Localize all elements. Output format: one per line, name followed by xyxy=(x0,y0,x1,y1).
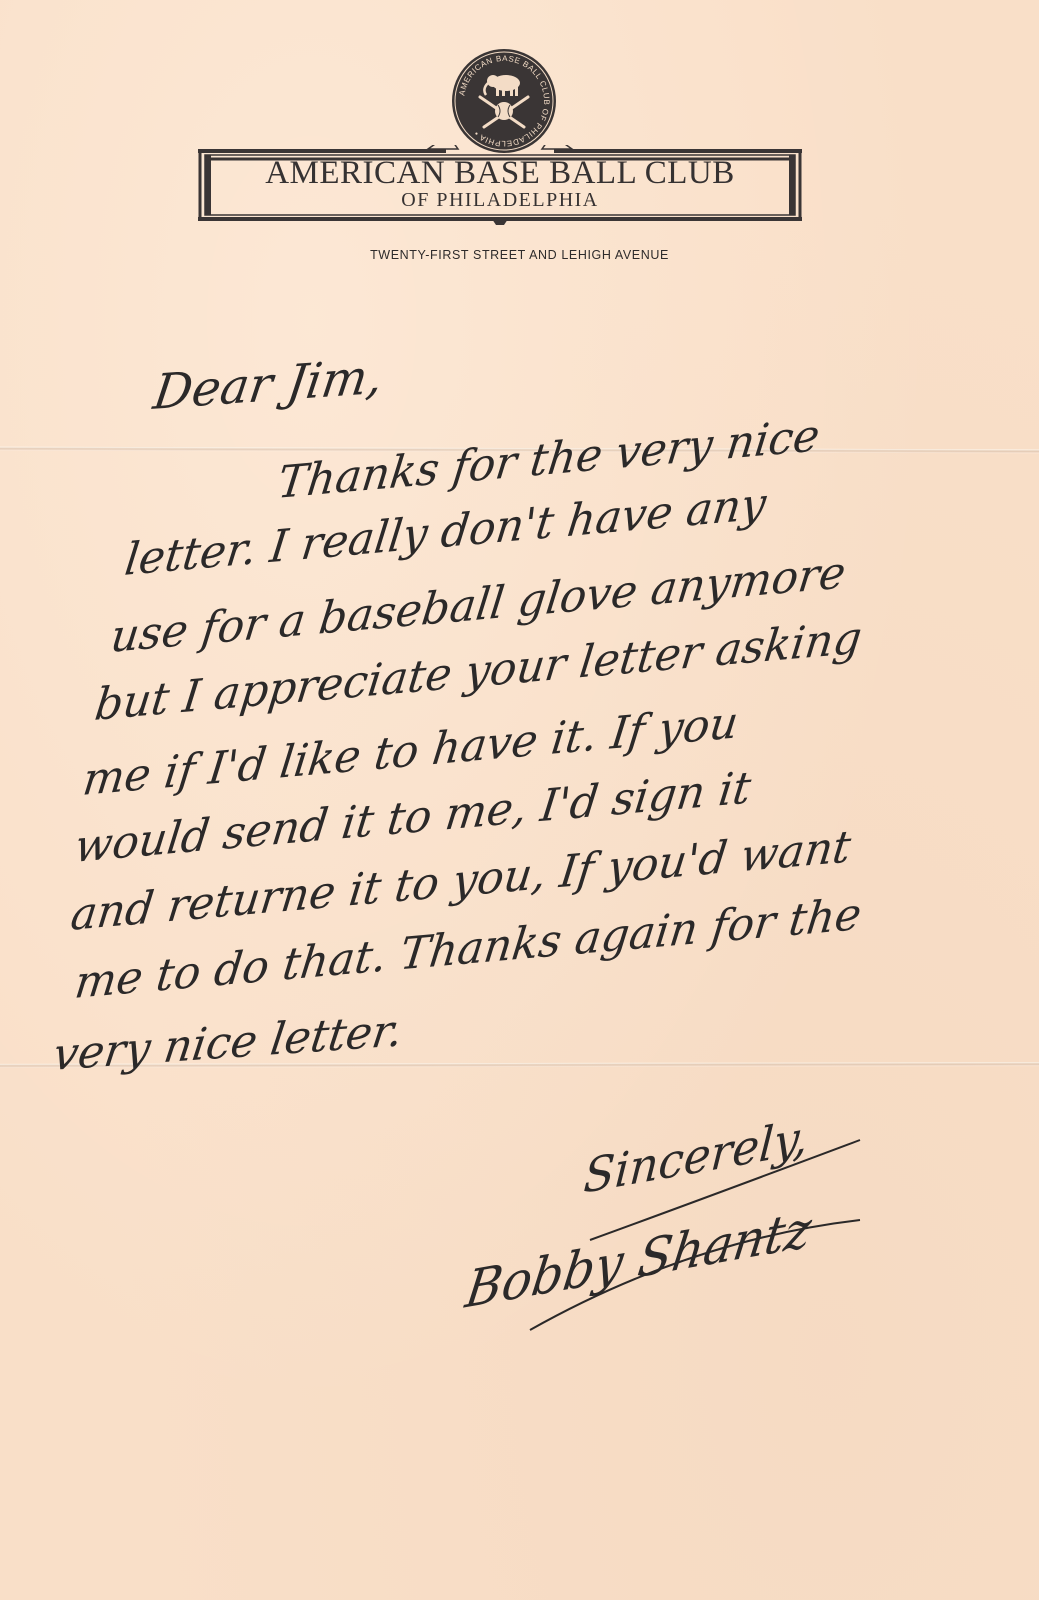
elephant-seal-icon: AMERICAN BASE BALL CLUB OF PHILADELPHIA … xyxy=(450,47,558,155)
club-city: OF PHILADELPHIA xyxy=(196,189,804,212)
club-name: AMERICAN BASE BALL CLUB xyxy=(196,155,804,192)
letterhead-banner: AMERICAN BASE BALL CLUB OF PHILADELPHIA xyxy=(196,145,804,225)
club-seal-logo: AMERICAN BASE BALL CLUB OF PHILADELPHIA … xyxy=(450,47,558,155)
letterhead-address: TWENTY-FIRST STREET AND LEHIGH AVENUE xyxy=(0,248,1039,262)
